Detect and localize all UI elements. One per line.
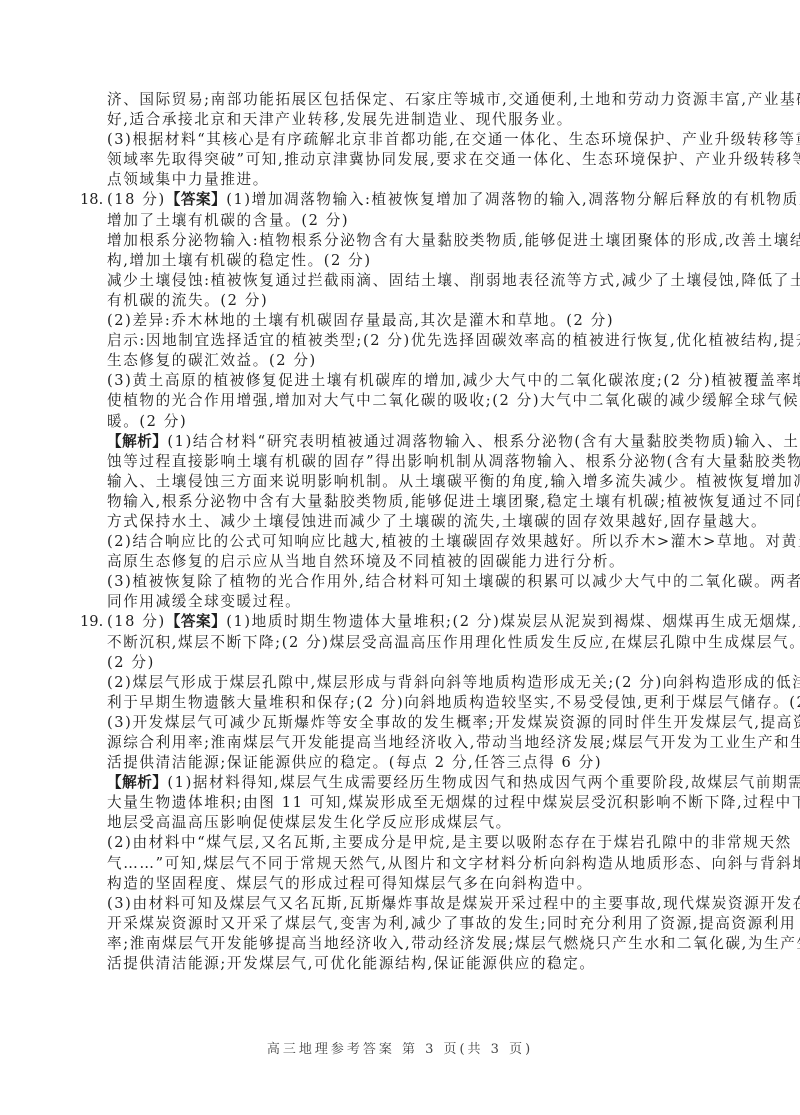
text-line: 同作用减缓全球变暖过程。 [107,592,719,612]
analysis-text: (1)结合材料“研究表明植被通过凋落物输入、根系分泌物(含有大量黏胶类物质)输入… [167,433,800,450]
text-line: (3)根据材料“其核心是有序疏解北京非首都功能,在交通一体化、生态环境保护、产业… [107,130,719,150]
text-line: 地层受高温高压影响促使煤层发生化学反应形成煤层气。 [107,813,719,833]
text-line: 增加根系分泌物输入:植物根系分泌物含有大量黏胶类物质,能够促进土壤团聚体的形成,… [107,231,719,251]
text-line: 使植物的光合作用增强,增加对大气中二氧化碳的吸收;(2 分)大气中二氧化碳的减少… [107,391,719,411]
text-line: (2)结合响应比的公式可知响应比越大,植被的土壤碳固存效果越好。所以乔木>灌木>… [107,532,719,552]
text-line: 源综合利用率;淮南煤层气开发能提高当地经济收入,带动当地经济发展;煤层气开发为工… [107,733,719,753]
analysis-header: 【解析】(1)结合材料“研究表明植被通过凋落物输入、根系分泌物(含有大量黏胶类物… [107,432,719,452]
text-line: 领域率先取得突破”可知,推动京津冀协同发展,要求在交通一体化、生态环境保护、产业… [107,150,719,170]
question-18-header: 18.(18 分)【答案】(1)增加凋落物输入:植被恢复增加了凋落物的输入,凋落… [107,190,719,210]
text-line: 构造的坚固程度、煤层气的形成过程可得知煤层气多在向斜构造中。 [107,874,719,894]
text-line: 有机碳的流失。(2 分) [107,291,719,311]
question-score: (18 分) [107,191,166,208]
text-line: (2)差异:乔木林地的土壤有机碳固存量最高,其次是灌木和草地。(2 分) [107,311,719,331]
answer-key-page: 济、国际贸易;南部功能拓展区包括保定、石家庄等城市,交通便利,土地和劳动力资源丰… [107,90,719,974]
analysis-tag: 【解析】 [107,774,167,791]
text-line: 活提供清洁能源;开发煤层气,可优化能源结构,保证能源供应的稳定。 [107,954,719,974]
text-line: 物输入,根系分泌物中含有大量黏胶类物质,能够促进土壤团聚,稳定土壤有机碳;植被恢… [107,492,719,512]
page-footer: 高三地理参考答案 第 3 页(共 3 页) [0,1038,800,1057]
question-19-header: 19.(18 分)【答案】(1)地质时期生物遗体大量堆积;(2 分)煤炭层从泥炭… [107,612,719,632]
text-line: 活提供清洁能源;保证能源供应的稳定。(每点 2 分,任答三点得 6 分) [107,753,719,773]
text-line: 蚀等过程直接影响土壤有机碳的固存”得出影响机制从凋落物输入、根系分泌物(含有大量… [107,452,719,472]
analysis-header: 【解析】(1)据材料得知,煤层气生成需要经历生物成因气和热成因气两个重要阶段,故… [107,773,719,793]
text-line: (3)由材料可知及煤层气又名瓦斯,瓦斯爆炸事故是煤炭开采过程中的主要事故,现代煤… [107,894,719,914]
analysis-tag: 【解析】 [107,433,167,450]
text-line: 点领域集中力量推进。 [107,170,719,190]
question-number: 19. [80,612,103,632]
text-line: 利于早期生物遗骸大量堆积和保存;(2 分)向斜地质构造较坚实,不易受侵蚀,更利于… [107,693,719,713]
text-line: 开采煤炭资源时又开采了煤层气,变害为利,减少了事故的发生;同时充分利用了资源,提… [107,914,719,934]
text-line: (3)黄土高原的植被修复促进土壤有机碳库的增加,减少大气中的二氧化碳浓度;(2 … [107,371,719,391]
text-line: 暖。(2 分) [107,412,719,432]
text-line: 气……”可知,煤层气不同于常规天然气,从图片和文字材料分析向斜构造从地质形态、向… [107,854,719,874]
text-line: (2)煤层气形成于煤层孔隙中,煤层形成与背斜向斜等地质构造形成无关;(2 分)向… [107,673,719,693]
text-line: 率;淮南煤层气开发能够提高当地经济收入,带动经济发展;煤层气燃烧只产生水和二氧化… [107,934,719,954]
question-number: 18. [80,190,103,210]
text-line: 生态修复的碳汇效益。(2 分) [107,351,719,371]
text-line: 增加了土壤有机碳的含量。(2 分) [107,211,719,231]
analysis-text: (1)据材料得知,煤层气生成需要经历生物成因气和热成因气两个重要阶段,故煤层气前… [167,774,800,791]
question-score: (18 分) [107,613,166,630]
text-line: (3)植被恢复除了植物的光合作用外,结合材料可知土壤碳的积累可以减少大气中的二氧… [107,572,719,592]
text-line: 输入、土壤侵蚀三方面来说明影响机制。从土壤碳平衡的角度,输入增多流失减少。植被恢… [107,472,719,492]
answer-text: (1)增加凋落物输入:植被恢复增加了凋落物的输入,凋落物分解后释放的有机物质直接 [226,191,800,208]
text-line: 减少土壤侵蚀:植被恢复通过拦截雨滴、固结土壤、削弱地表径流等方式,减少了土壤侵蚀… [107,271,719,291]
text-line: 高原生态修复的启示应从当地自然环境及不同植被的固碳能力进行分析。 [107,552,719,572]
text-line: (3)开发煤层气可减少瓦斯爆炸等安全事故的发生概率;开发煤炭资源的同时伴生开发煤… [107,713,719,733]
text-line: 好,适合承接北京和天津产业转移,发展先进制造业、现代服务业。 [107,110,719,130]
text-line: 济、国际贸易;南部功能拓展区包括保定、石家庄等城市,交通便利,土地和劳动力资源丰… [107,90,719,110]
answer-tag: 【答案】 [166,191,226,208]
text-line: 大量生物遗体堆积;由图 11 可知,煤炭形成至无烟煤的过程中煤炭层受沉积影响不断… [107,793,719,813]
text-line: 不断沉积,煤层不断下降;(2 分)煤层受高温高压作用理化性质发生反应,在煤层孔隙… [107,633,719,653]
text-line: 方式保持水土、减少土壤侵蚀进而减少了土壤碳的流失,土壤碳的固存效果越好,固存量越… [107,512,719,532]
text-line: 启示:因地制宜选择适宜的植被类型;(2 分)优先选择固碳效率高的植被进行恢复,优… [107,331,719,351]
answer-text: (1)地质时期生物遗体大量堆积;(2 分)煤炭层从泥炭到褐煤、烟煤再生成无烟煤,… [226,613,800,630]
text-line: (2 分) [107,653,719,673]
text-line: 构,增加土壤有机碳的稳定性。(2 分) [107,251,719,271]
answer-tag: 【答案】 [166,613,226,630]
text-line: (2)由材料中“煤气层,又名瓦斯,主要成分是甲烷,是主要以吸附态存在于煤岩孔隙中… [107,833,719,853]
